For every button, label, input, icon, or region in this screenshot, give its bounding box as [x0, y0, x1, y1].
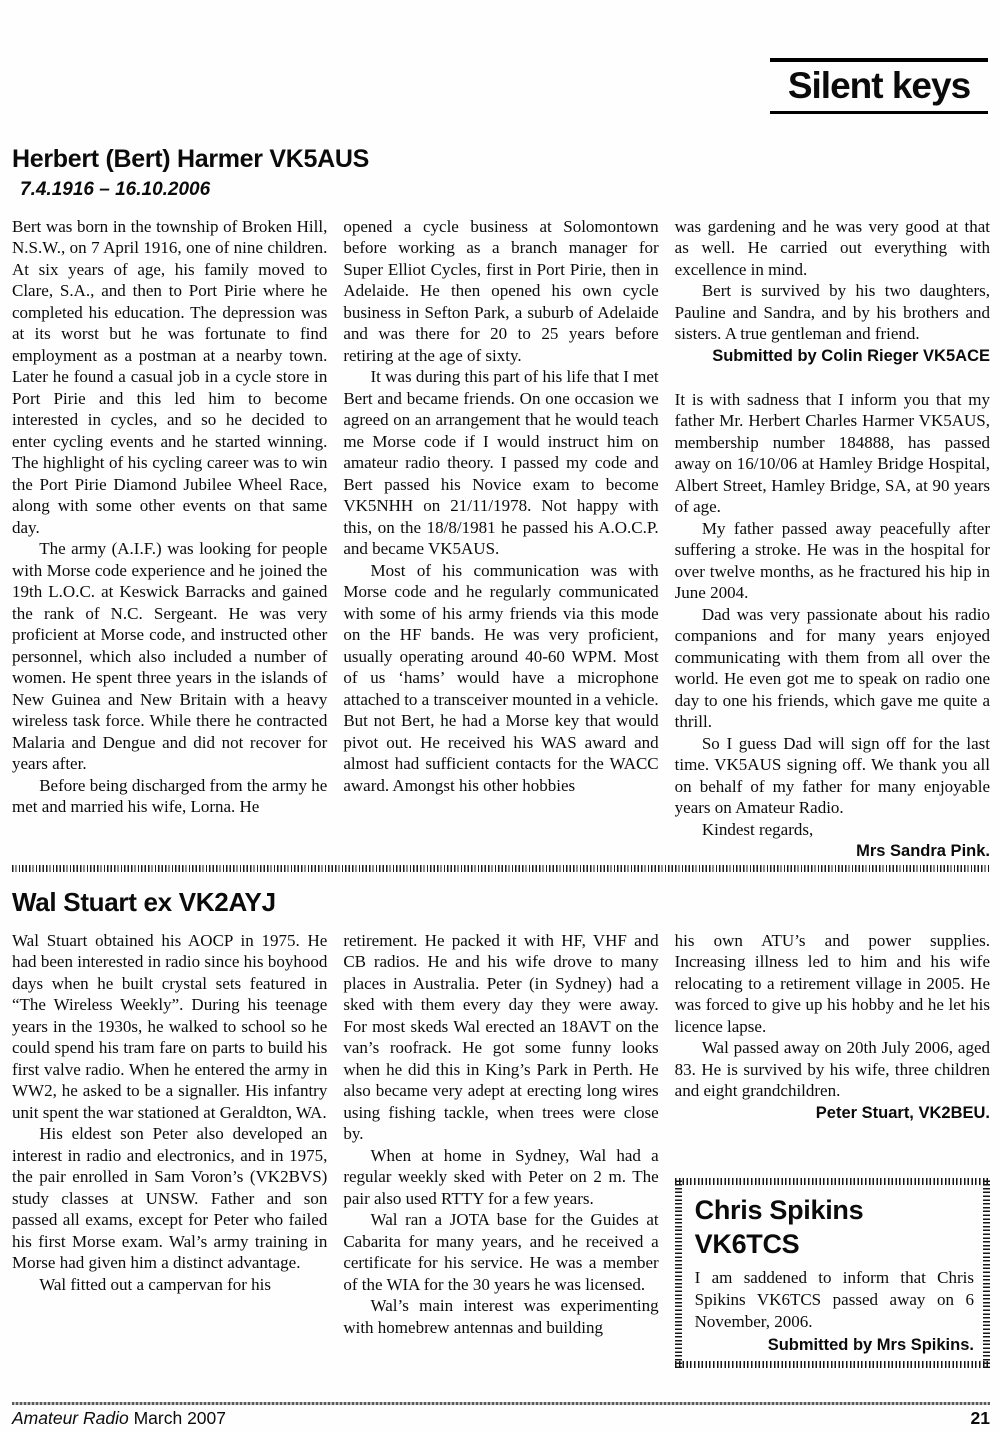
body-paragraph: I am saddened to inform that Chris Spiki… — [695, 1267, 974, 1333]
section-divider — [12, 865, 990, 872]
page-footer: Amateur Radio March 2007 21 — [12, 1402, 990, 1429]
body-paragraph: It was during this part of his life that… — [343, 366, 658, 560]
byline-peter-stuart: Peter Stuart, VK2BEU. — [675, 1103, 990, 1124]
masthead-rule-top — [770, 58, 988, 62]
body-paragraph: Dad was very passionate about his radio … — [675, 604, 990, 733]
body-paragraph: Wal passed away on 20th July 2006, aged … — [675, 1037, 990, 1102]
wal-column-3: his own ATU’s and power supplies. Increa… — [675, 930, 990, 1369]
obituary-heading-herbert: Herbert (Bert) Harmer VK5AUS — [12, 145, 990, 174]
body-paragraph: It is with sadness that I inform you tha… — [675, 389, 990, 518]
byline-sandra-pink: Mrs Sandra Pink. — [675, 841, 990, 856]
body-paragraph: Bert is survived by his two daughters, P… — [675, 280, 990, 345]
herbert-column-3: was gardening and he was very good at th… — [675, 216, 990, 856]
body-paragraph: My father passed away peacefully after s… — [675, 518, 990, 604]
magazine-page: Silent keys Herbert (Bert) Harmer VK5AUS… — [0, 0, 1000, 1433]
page-title: Silent keys — [770, 65, 988, 108]
body-paragraph: Most of his communication was with Morse… — [343, 560, 658, 797]
herbert-column-1: Bert was born in the township of Broken … — [12, 216, 327, 856]
masthead: Silent keys — [770, 58, 988, 114]
body-paragraph: retirement. He packed it with HF, VHF an… — [343, 930, 658, 1145]
herbert-columns: Bert was born in the township of Broken … — [12, 216, 990, 856]
obituary-herbert: Herbert (Bert) Harmer VK5AUS 7.4.1916 – … — [12, 145, 990, 856]
chris-name: Chris Spikins — [695, 1195, 864, 1225]
body-paragraph: So I guess Dad will sign off for the las… — [675, 733, 990, 819]
byline-colin-rieger: Submitted by Colin Rieger VK5ACE — [675, 346, 990, 367]
body-paragraph: His eldest son Peter also developed an i… — [12, 1123, 327, 1274]
herbert-column-2: opened a cycle business at Solomontown b… — [343, 216, 658, 856]
footer-row: Amateur Radio March 2007 21 — [12, 1408, 990, 1429]
body-paragraph: Bert was born in the township of Broken … — [12, 216, 327, 539]
wal-column-2: retirement. He packed it with HF, VHF an… — [343, 930, 658, 1369]
body-paragraph: Kindest regards, — [675, 819, 990, 841]
body-paragraph: Wal fitted out a campervan for his — [12, 1274, 327, 1296]
body-paragraph: Before being discharged from the army he… — [12, 775, 327, 818]
page-number: 21 — [971, 1408, 990, 1429]
obituary-wal: Wal Stuart ex VK2AYJ Wal Stuart obtained… — [12, 887, 990, 1354]
wal-column-1: Wal Stuart obtained his AOCP in 1975. He… — [12, 930, 327, 1369]
body-paragraph: was gardening and he was very good at th… — [675, 216, 990, 281]
byline-mrs-spikins: Submitted by Mrs Spikins. — [695, 1335, 974, 1356]
footer-journal: Amateur Radio March 2007 — [12, 1408, 226, 1429]
body-paragraph: Wal Stuart obtained his AOCP in 1975. He… — [12, 930, 327, 1124]
obituary-chris-spikins-box: Chris Spikins VK6TCS I am saddened to in… — [675, 1178, 990, 1369]
page-content: Herbert (Bert) Harmer VK5AUS 7.4.1916 – … — [0, 0, 1000, 1354]
masthead-rule-bottom — [770, 111, 988, 114]
body-paragraph: his own ATU’s and power supplies. Increa… — [675, 930, 990, 1038]
life-dates: 7.4.1916 – 16.10.2006 — [20, 179, 990, 201]
body-paragraph: When at home in Sydney, Wal had a regula… — [343, 1145, 658, 1210]
footer-rule — [12, 1402, 990, 1405]
issue-date: March 2007 — [129, 1408, 226, 1428]
body-paragraph: The army (A.I.F.) was looking for people… — [12, 538, 327, 775]
obituary-heading-wal: Wal Stuart ex VK2AYJ — [12, 887, 990, 918]
body-paragraph: Wal ran a JOTA base for the Guides at Ca… — [343, 1209, 658, 1295]
obituary-heading-chris: Chris Spikins VK6TCS — [695, 1194, 974, 1262]
journal-name: Amateur Radio — [12, 1408, 129, 1428]
chris-callsign: VK6TCS — [695, 1229, 800, 1259]
wal-columns: Wal Stuart obtained his AOCP in 1975. He… — [12, 930, 990, 1354]
body-paragraph: opened a cycle business at Solomontown b… — [343, 216, 658, 367]
body-paragraph: Wal’s main interest was experimenting wi… — [343, 1295, 658, 1338]
